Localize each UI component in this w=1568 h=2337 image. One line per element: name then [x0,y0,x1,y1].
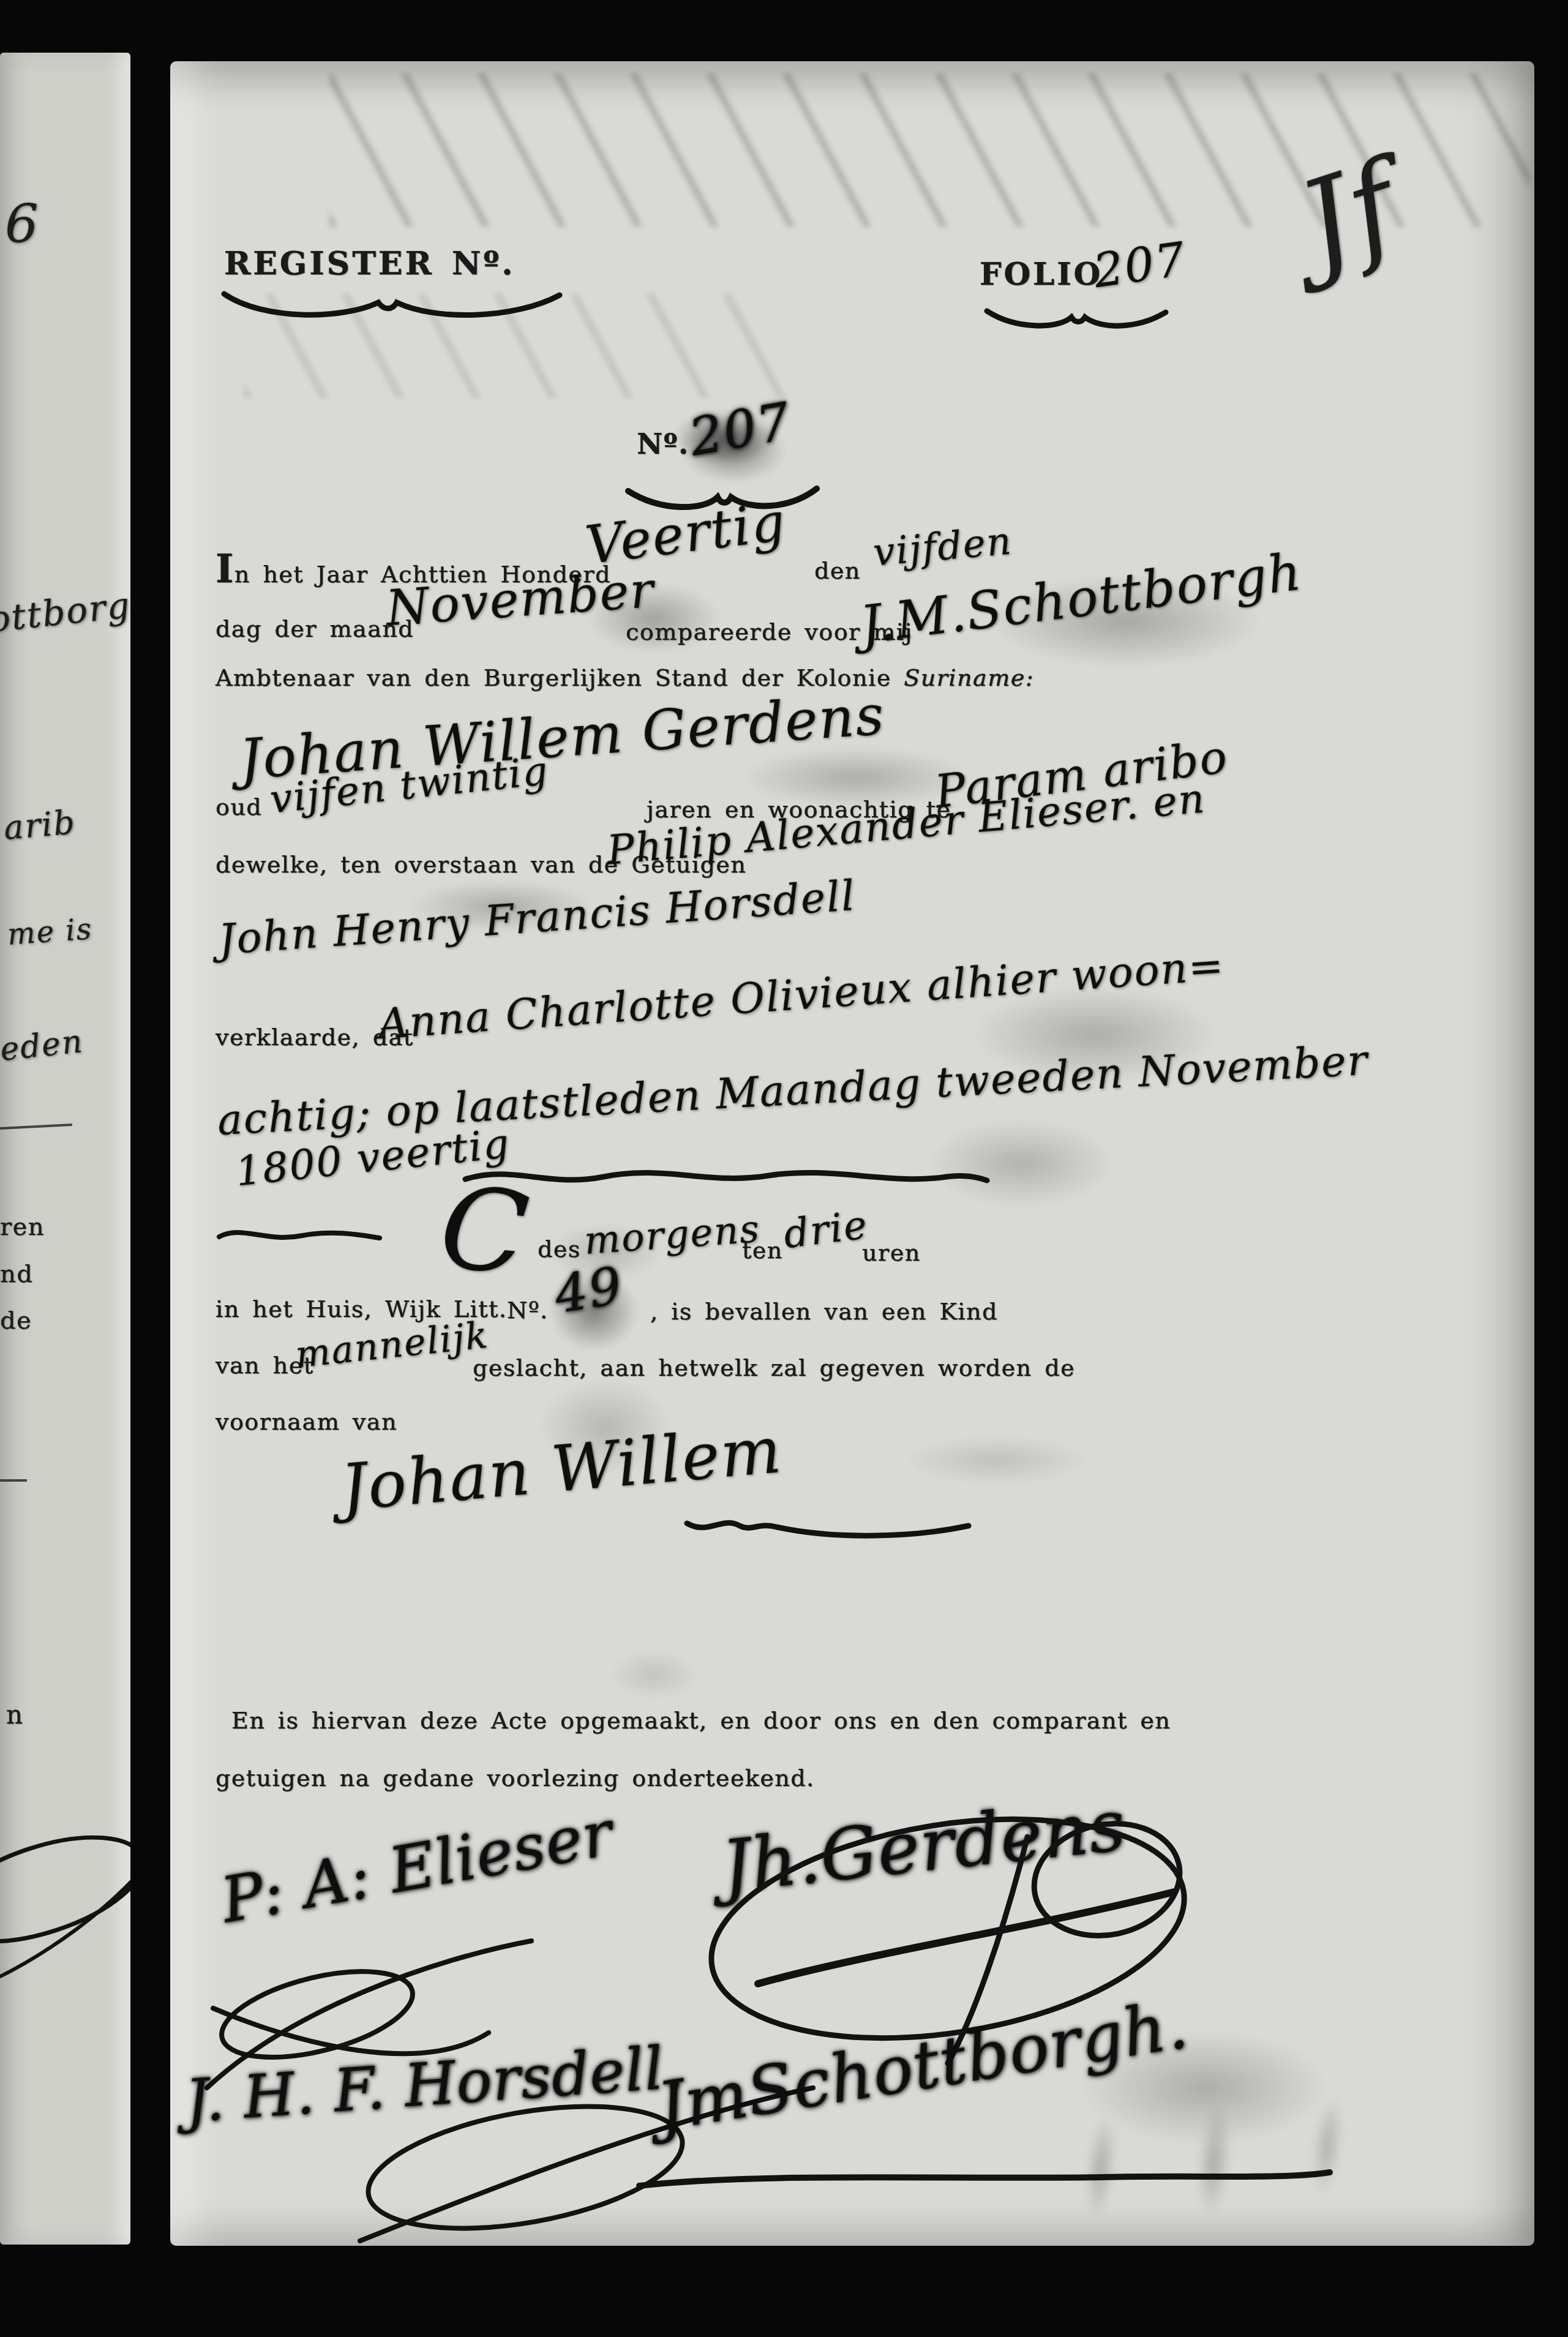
closing-line1: En is hiervan deze Acte opgemaakt, en do… [231,1707,1171,1734]
adjacent-rule [0,1123,72,1130]
adjacent-fragment: eden [0,1023,85,1068]
entry-gender: mannelijk [293,1314,490,1377]
signature-official-underline [636,2161,1334,2198]
entry-wijk-letter: C [434,1160,535,1301]
adjacent-fragment: n [6,1700,24,1730]
adjacent-fragment: ren [0,1213,45,1241]
body-line3-normal: Ambtenaar van den Burgerlijken Stand der… [216,664,904,691]
folio-label: FOLIO [980,256,1103,292]
entry-declaration-line2: achtig; op laatstleden Maandag tweeden N… [216,1037,1370,1145]
entry-day: vijfden [871,518,1014,575]
register-number-label: REGISTER Nº. [224,245,515,282]
adjacent-fragment: de [0,1307,32,1335]
scanned-register-page: 6 hottborgh arib me is eden ren nd de n [0,0,1568,2337]
adjacent-rule [0,1479,27,1482]
body-line2-printed: dag der maand [216,615,414,642]
filler-wavy-dash [217,1222,382,1249]
body-line3-italic: Suriname: [904,664,1034,691]
body-line1-den: den [814,557,861,584]
body-line12c-printed: , is bevallen van een Kind [650,1298,998,1325]
register-act-page: REGISTER Nº. FOLIO 207 Jf Nº. 207 In het… [170,61,1534,2246]
adjacent-fragment: me is [6,912,94,952]
folio-number: 207 [1090,231,1190,298]
adjacent-page-sliver: 6 hottborgh arib me is eden ren nd de n [0,53,130,2245]
act-number-label: Nº. [637,427,689,460]
folio-underbrace [985,305,1168,337]
adjacent-fragment: arib [2,803,77,847]
register-underbrace [220,289,563,327]
adjacent-fragment: nd [0,1260,33,1288]
entry-hour: drie [781,1202,871,1258]
ink-bleed-mark [868,1427,1125,1494]
body-line3-printed: Ambtenaar van den Burgerlijken Stand der… [216,664,1034,691]
filler-wavy-dash [463,1161,989,1195]
body-line14-printed: voornaam van [216,1408,397,1435]
signature-witness1: P: A: Elieser [216,1797,619,1938]
body-line11-ten: ten [742,1237,783,1264]
body-line11-uren: uren [862,1239,921,1266]
adjacent-fragment: 6 [5,193,40,255]
body-line5-oud: oud [216,793,262,820]
ink-bleed-mark [593,1641,715,1708]
adjacent-fragment: hottborgh [0,582,130,643]
child-name-swash [685,1505,972,1548]
adjacent-flourish [0,1798,130,2018]
entry-house-number: 49 [550,1255,627,1325]
body-line13b-printed: geslacht, aan hetwelk zal gegeven worden… [473,1354,1075,1381]
closing-line2: getuigen na gedane voorlezing onderteeke… [216,1765,815,1791]
